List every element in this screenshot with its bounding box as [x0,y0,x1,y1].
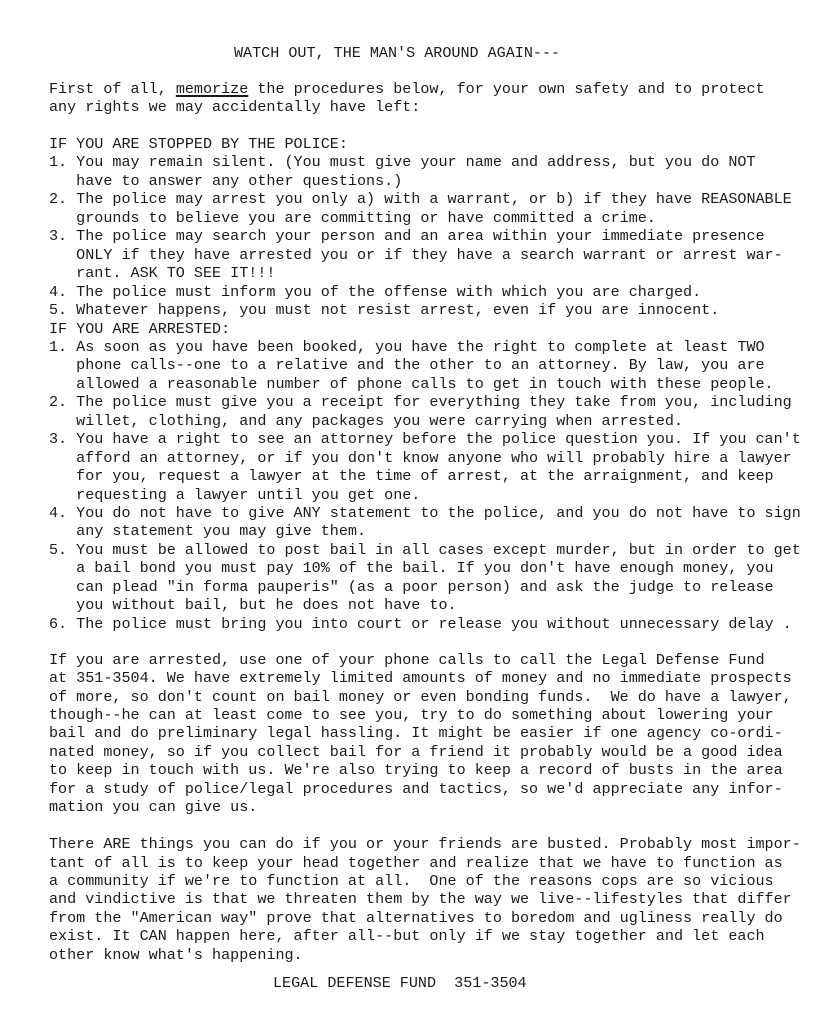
stopped-item-2: grounds to believe you are committing or… [49,209,656,227]
arrested-item-4: any statement you may give them. [49,522,366,540]
paragraph-community: from the "American way" prove that alter… [49,909,783,927]
arrested-item-1: phone calls--one to a relative and the o… [49,356,765,374]
arrested-item-3: afford an attorney, or if you don't know… [49,449,792,467]
paragraph-legal-fund: though--he can at least come to see you,… [49,706,774,724]
paragraph-legal-fund: for a study of police/legal procedures a… [49,780,783,798]
arrested-item-3: 3. You have a right to see an attorney b… [49,430,801,448]
footer-contact: LEGAL DEFENSE FUND 351-3504 [273,974,527,992]
stopped-item-3: ONLY if they have arrested you or if the… [49,246,783,264]
arrested-item-4: 4. You do not have to give ANY statement… [49,504,801,522]
paragraph-legal-fund: at 351-3504. We have extremely limited a… [49,669,792,687]
paragraph-community: tant of all is to keep your head togethe… [49,854,783,872]
intro-line-1: First of all, memorize the procedures be… [49,80,765,98]
paragraph-community: other know what's happening. [49,946,303,964]
stopped-item-4: 4. The police must inform you of the off… [49,283,701,301]
arrested-item-6: 6. The police must bring you into court … [49,615,792,633]
arrested-item-1: allowed a reasonable number of phone cal… [49,375,774,393]
document-page: WATCH OUT, THE MAN'S AROUND AGAIN--- Fir… [0,0,839,1026]
stopped-heading: IF YOU ARE STOPPED BY THE POLICE: [49,135,348,153]
paragraph-legal-fund: bail and do preliminary legal hassling. … [49,724,783,742]
arrested-item-3: for you, request a lawyer at the time of… [49,467,774,485]
paragraph-community: and vindictive is that we threaten them … [49,890,792,908]
paragraph-legal-fund: of more, so don't count on bail money or… [49,688,792,706]
stopped-item-1: 1. You may remain silent. (You must give… [49,153,756,171]
intro-text: First of all, [49,80,176,98]
arrested-item-2: willet, clothing, and any packages you w… [49,412,683,430]
stopped-item-5: 5. Whatever happens, you must not resist… [49,301,719,319]
stopped-item-3: 3. The police may search your person and… [49,227,765,245]
arrested-heading: IF YOU ARE ARRESTED: [49,320,230,338]
arrested-item-1: 1. As soon as you have been booked, you … [49,338,765,356]
arrested-item-5: a bail bond you must pay 10% of the bail… [49,559,774,577]
document-title: WATCH OUT, THE MAN'S AROUND AGAIN--- [234,44,560,62]
intro-emphasis: memorize [176,80,248,98]
intro-line-2: any rights we may accidentally have left… [49,98,420,116]
arrested-item-5: 5. You must be allowed to post bail in a… [49,541,801,559]
arrested-item-2: 2. The police must give you a receipt fo… [49,393,792,411]
paragraph-legal-fund: nated money, so if you collect bail for … [49,743,783,761]
stopped-item-1: have to answer any other questions.) [49,172,402,190]
stopped-item-2: 2. The police may arrest you only a) wit… [49,190,792,208]
paragraph-community: There ARE things you can do if you or yo… [49,835,801,853]
intro-text: the procedures below, for your own safet… [248,80,764,98]
paragraph-legal-fund: mation you can give us. [49,798,257,816]
paragraph-legal-fund: to keep in touch with us. We're also try… [49,761,783,779]
paragraph-community: exist. It CAN happen here, after all--bu… [49,927,765,945]
paragraph-community: a community if we're to function at all.… [49,872,774,890]
arrested-item-5: can plead "in forma pauperis" (as a poor… [49,578,774,596]
arrested-item-5: you without bail, but he does not have t… [49,596,457,614]
arrested-item-3: requesting a lawyer until you get one. [49,486,420,504]
stopped-item-3: rant. ASK TO SEE IT!!! [49,264,275,282]
paragraph-legal-fund: If you are arrested, use one of your pho… [49,651,765,669]
